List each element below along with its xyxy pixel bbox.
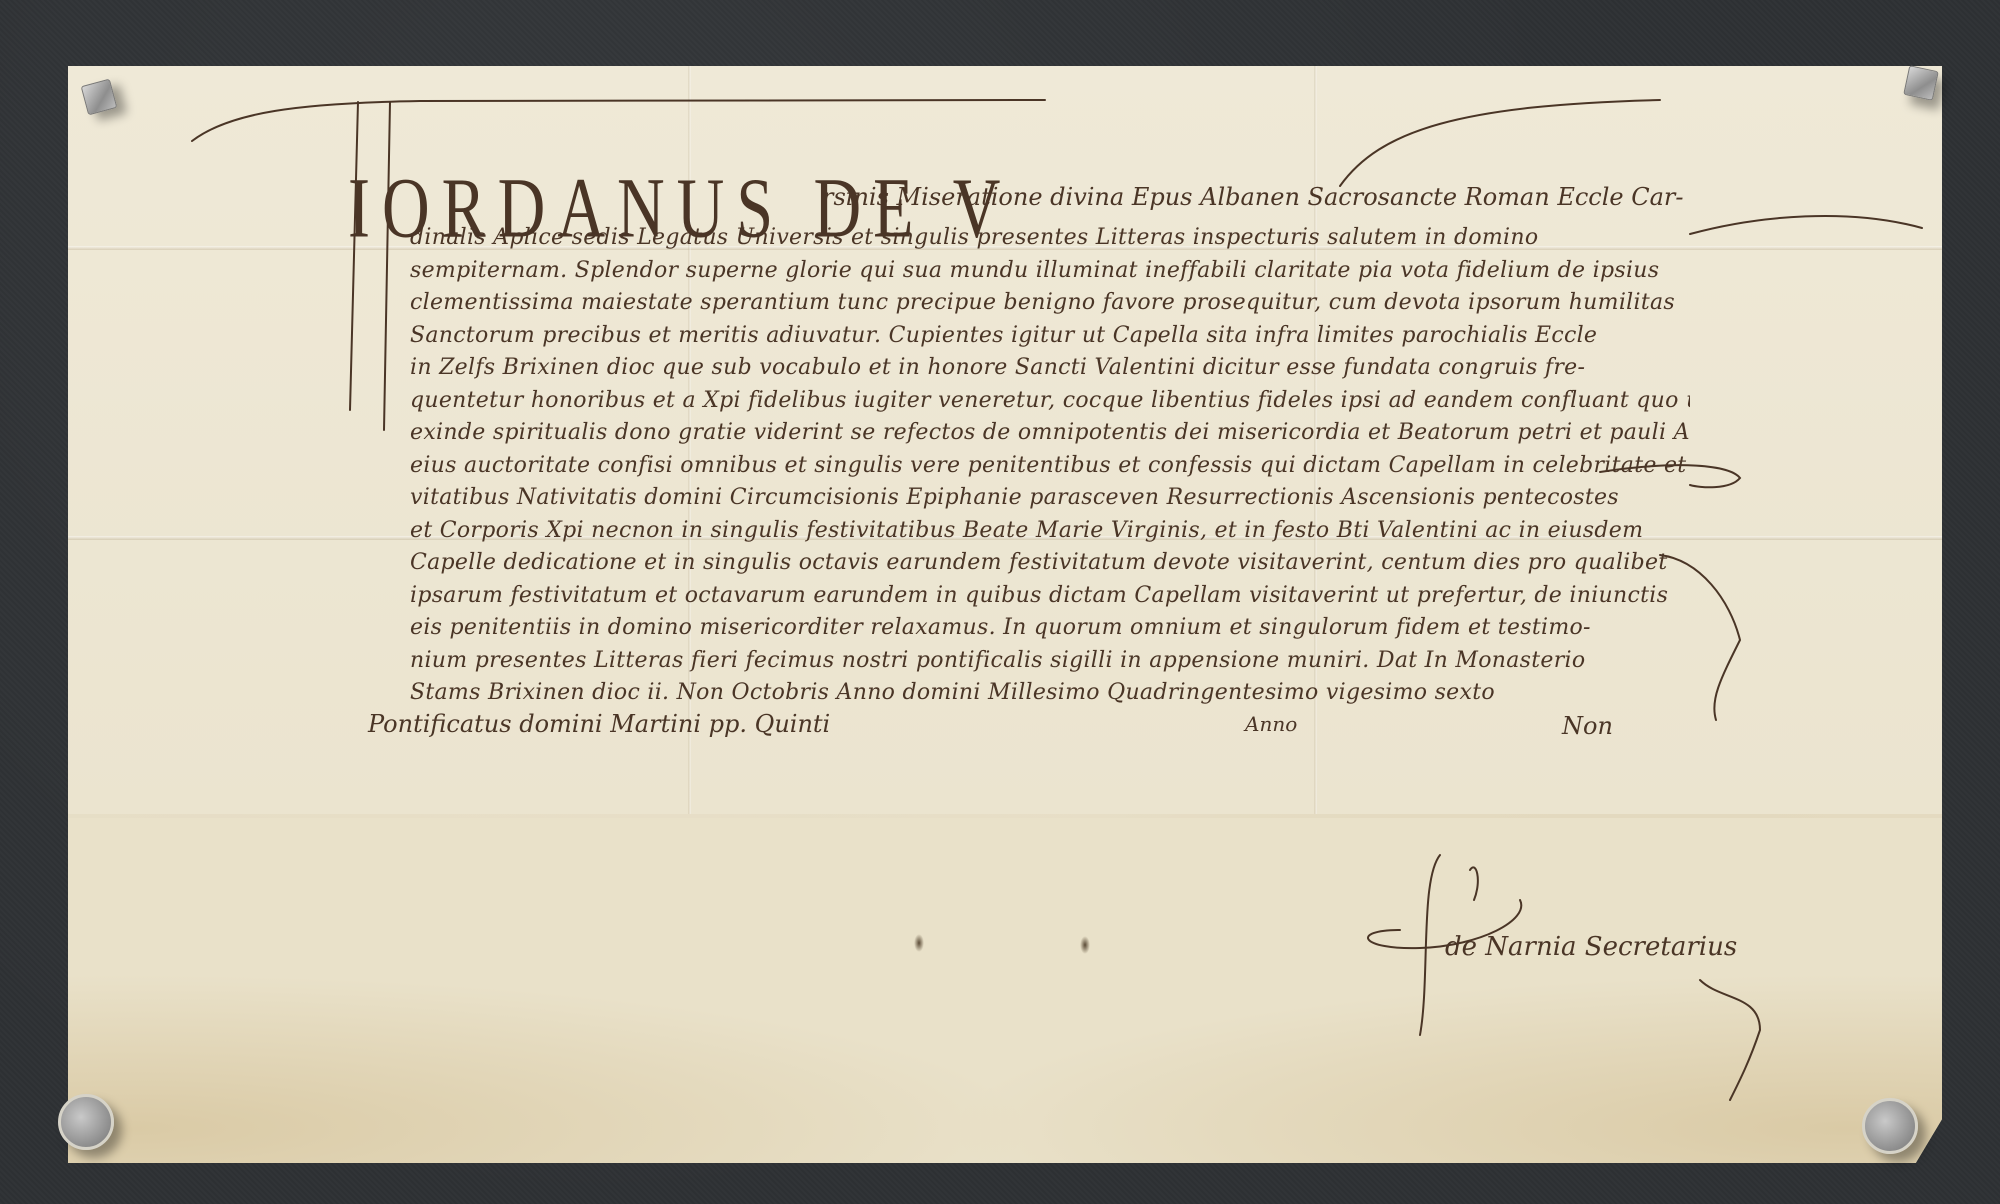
text-line: dinalis Aplice sedis Legatus Universis e… (410, 222, 1690, 255)
text-line: Sanctorum precibus et meritis adiuvatur.… (410, 320, 1690, 353)
text-line: vitatibus Nativitatis domini Circumcisio… (410, 482, 1690, 515)
marginal-note-anno: Anno (1245, 712, 1297, 736)
pontificate-line: Pontificatus domini Martini pp. Quinti (368, 710, 830, 738)
plica-turned-up-fold (38, 818, 1942, 1163)
text-line: clementissima maiestate sperantium tunc … (410, 287, 1690, 320)
charter-body-text: dinalis Aplice sedis Legatus Universis e… (410, 222, 1690, 710)
mounting-pin-bottom-right (1862, 1098, 1918, 1154)
text-line: ipsarum festivitatum et octavarum earund… (410, 580, 1690, 613)
text-line: eius auctoritate confisi omnibus et sing… (410, 450, 1690, 483)
text-line: in Zelfs Brixinen dioc que sub vocabulo … (410, 352, 1690, 385)
first-line-text: rsinis Miseratione divina Epus Albanen S… (822, 183, 1683, 211)
text-line: Capelle dedicatione et in singulis octav… (410, 547, 1690, 580)
text-line: et Corporis Xpi necnon in singulis festi… (410, 515, 1690, 548)
text-line: nium presentes Litteras fieri fecimus no… (410, 645, 1690, 678)
marginal-note-non: Non (1562, 712, 1613, 740)
text-line: quentetur honoribus et a Xpi fidelibus i… (410, 385, 1690, 418)
text-line: sempiternam. Splendor superne glorie qui… (410, 255, 1690, 288)
text-line: exinde spiritualis dono gratie viderint … (410, 417, 1690, 450)
seal-slit (1080, 936, 1090, 954)
secretary-signature: de Narnia Secretarius (1445, 932, 1737, 962)
mounting-pin-bottom-left (58, 1094, 114, 1150)
mounting-pin-top-right (1903, 65, 1939, 101)
text-line: eis penitentiis in domino misericorditer… (410, 612, 1690, 645)
seal-slit (914, 934, 924, 952)
text-line: Stams Brixinen dioc ii. Non Octobris Ann… (410, 677, 1690, 710)
